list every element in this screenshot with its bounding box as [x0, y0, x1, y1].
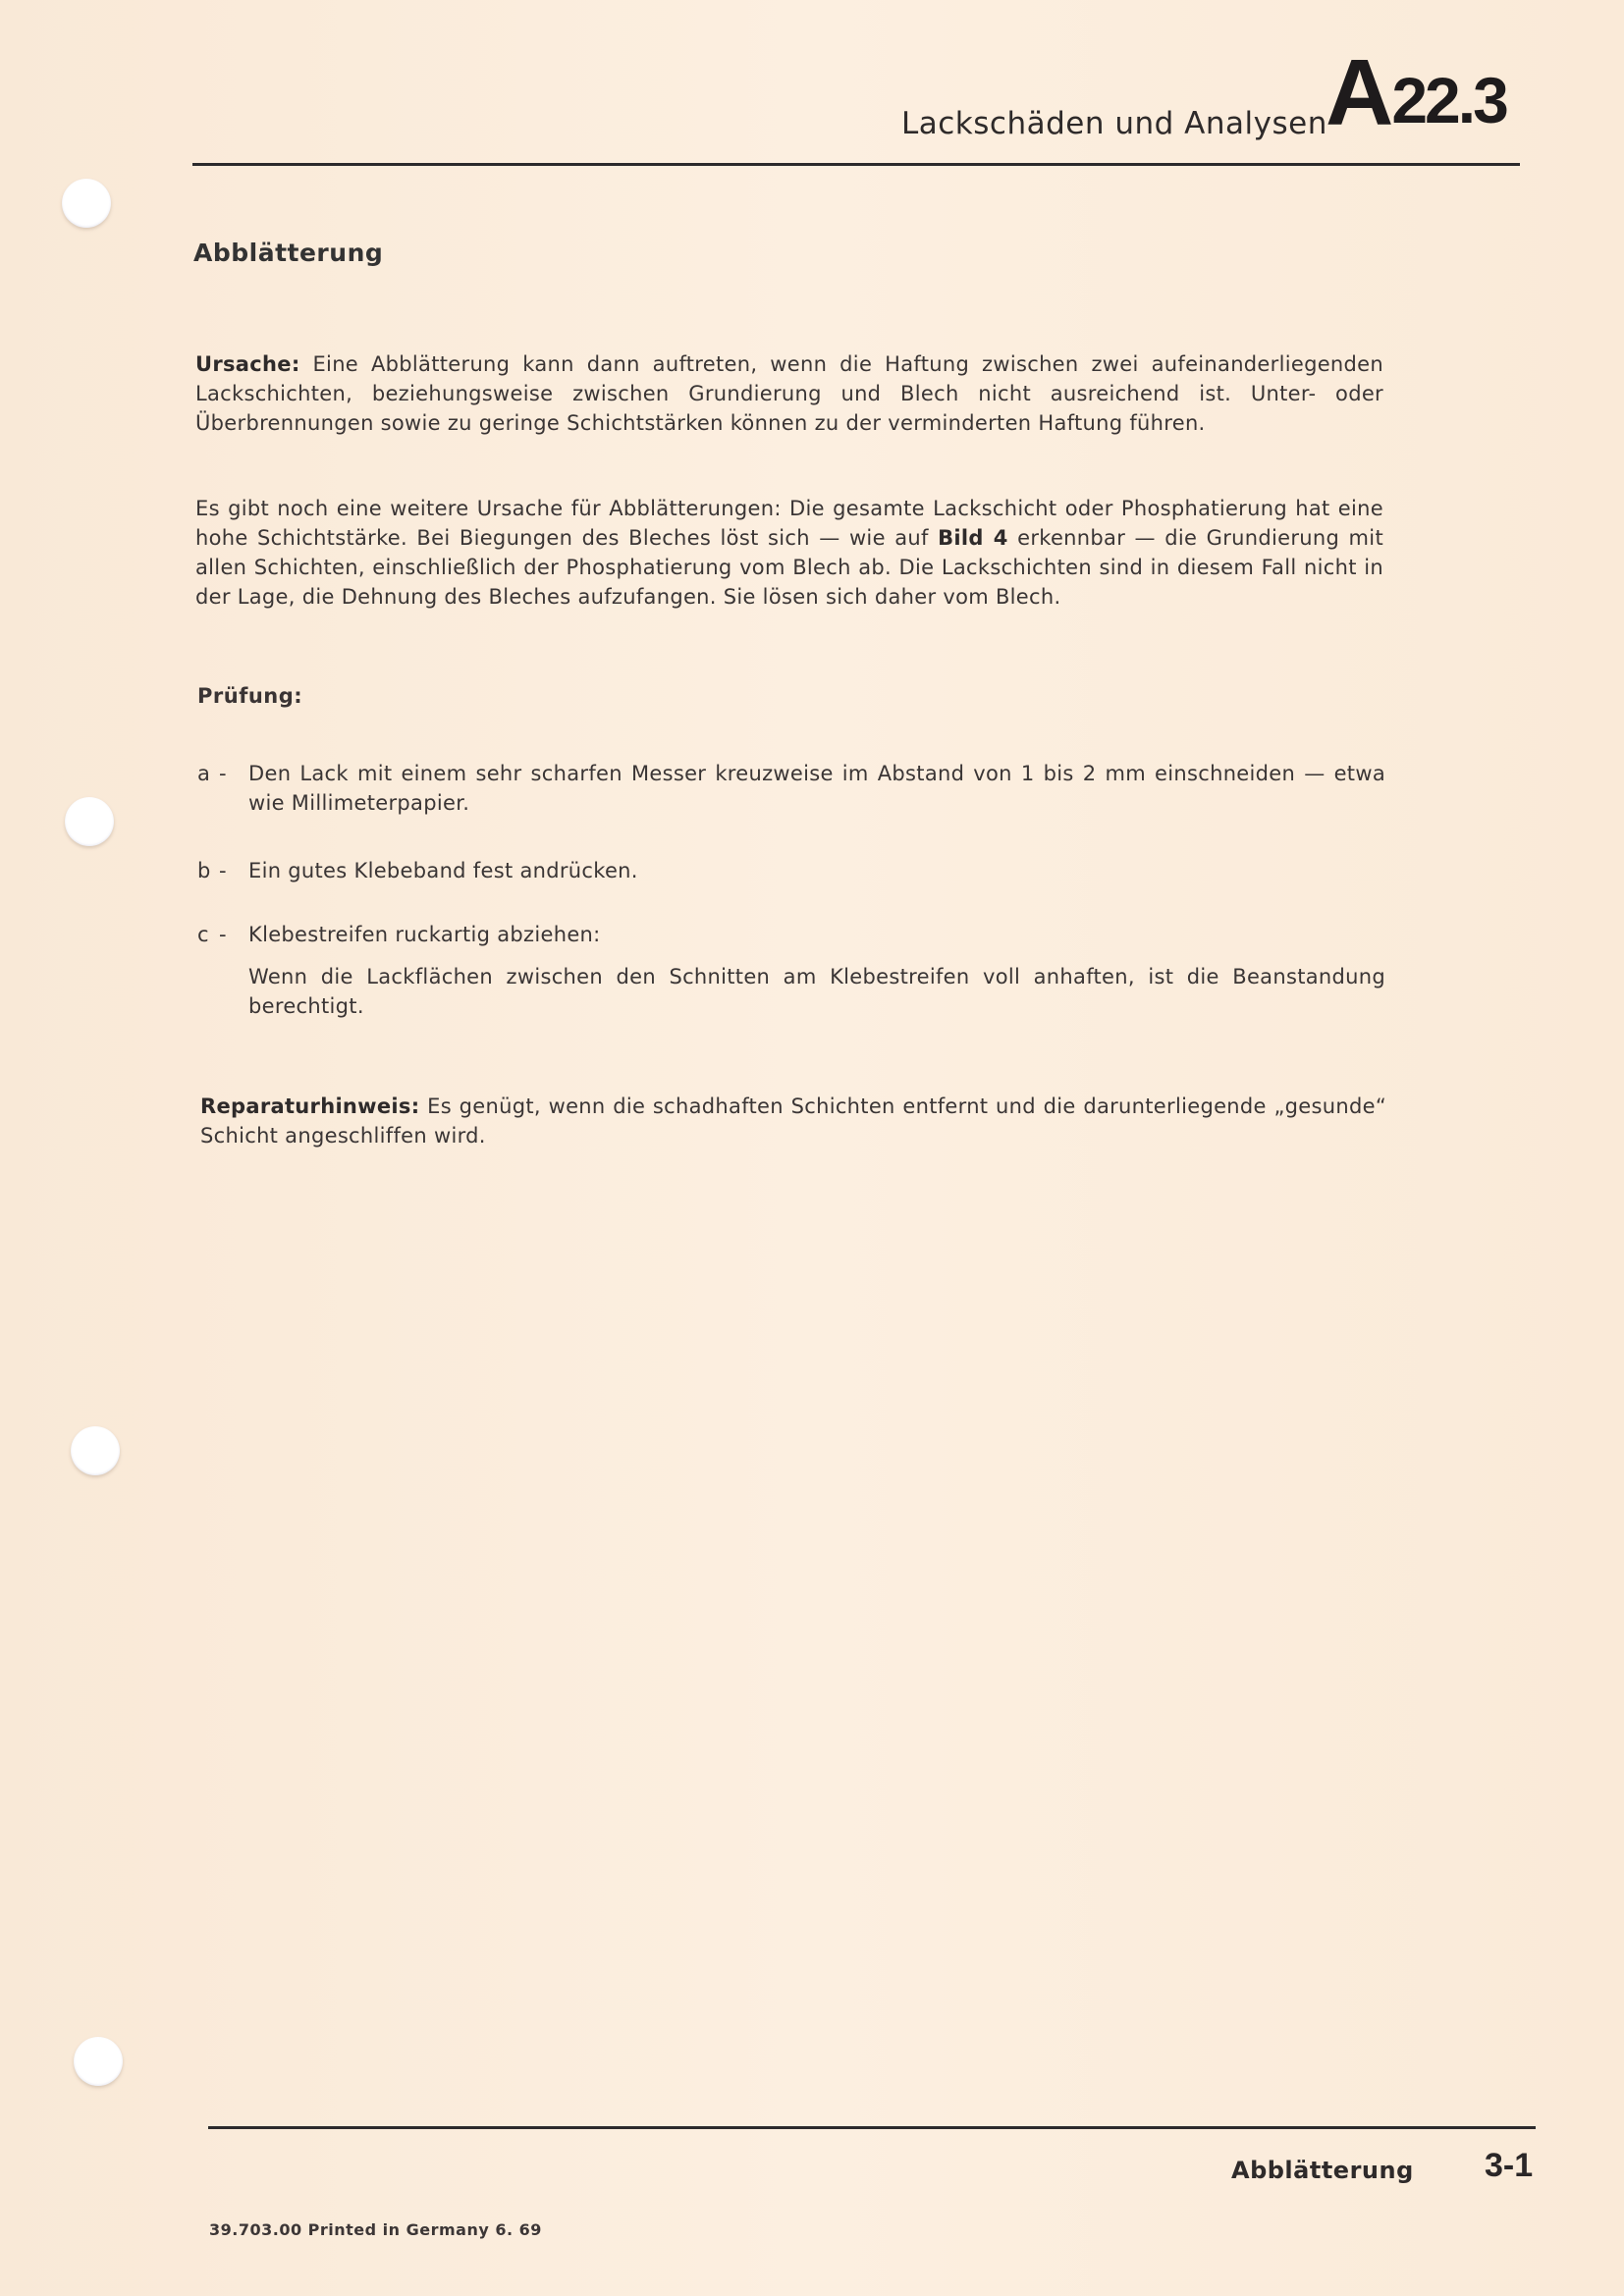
step-b: b- Ein gutes Klebeband fest andrücken. — [197, 856, 1385, 885]
header-title: Lackschäden und Analysen — [901, 106, 1327, 141]
figure-reference: Bild 4 — [938, 526, 1008, 550]
footer-title: Abblätterung — [1231, 2157, 1414, 2184]
pruefung-heading: Prüfung: — [197, 684, 302, 708]
step-text: Den Lack mit einem sehr scharfen Messer … — [248, 759, 1385, 818]
reparatur-paragraph: Reparaturhinweis: Es genügt, wenn die sc… — [200, 1092, 1386, 1150]
step-letter: a — [197, 759, 219, 788]
step-c: c- Klebestreifen ruckartig abziehen: — [197, 920, 1385, 949]
ursache-paragraph: Ursache: Eine Abblätterung kann dann auf… — [195, 349, 1383, 438]
punch-hole-1 — [62, 179, 111, 228]
step-a: a- Den Lack mit einem sehr scharfen Mess… — [197, 759, 1385, 788]
ursache-text: Eine Abblätterung kann dann auftreten, w… — [195, 352, 1383, 435]
reparatur-label: Reparaturhinweis: — [200, 1095, 419, 1118]
document-code: A22.3 — [1326, 39, 1506, 147]
step-text: Klebestreifen ruckartig abziehen: — [248, 920, 1385, 949]
page-number: 3-1 — [1485, 2147, 1533, 2185]
step-dash: - — [219, 856, 248, 885]
ursache-label: Ursache: — [195, 352, 300, 376]
document-code-letter: A — [1326, 40, 1391, 145]
step-dash: - — [219, 759, 248, 788]
step-dash: - — [219, 920, 248, 949]
step-letter: c — [197, 920, 219, 949]
footer-rule — [208, 2126, 1536, 2129]
step-c-note-text: Wenn die Lackflächen zwischen den Schnit… — [248, 962, 1385, 1021]
punch-hole-3 — [71, 1426, 120, 1475]
document-code-number: 22.3 — [1391, 64, 1505, 136]
header-rule — [192, 163, 1520, 166]
weitere-ursache-paragraph: Es gibt noch eine weitere Ursache für Ab… — [195, 494, 1383, 612]
print-imprint: 39.703.00 Printed in Germany 6. 69 — [209, 2220, 542, 2239]
step-letter: b — [197, 856, 219, 885]
punch-hole-4 — [74, 2037, 123, 2086]
step-text: Ein gutes Klebeband fest andrücken. — [248, 856, 1385, 885]
punch-hole-2 — [65, 797, 114, 846]
section-title: Abblätterung — [193, 239, 383, 267]
